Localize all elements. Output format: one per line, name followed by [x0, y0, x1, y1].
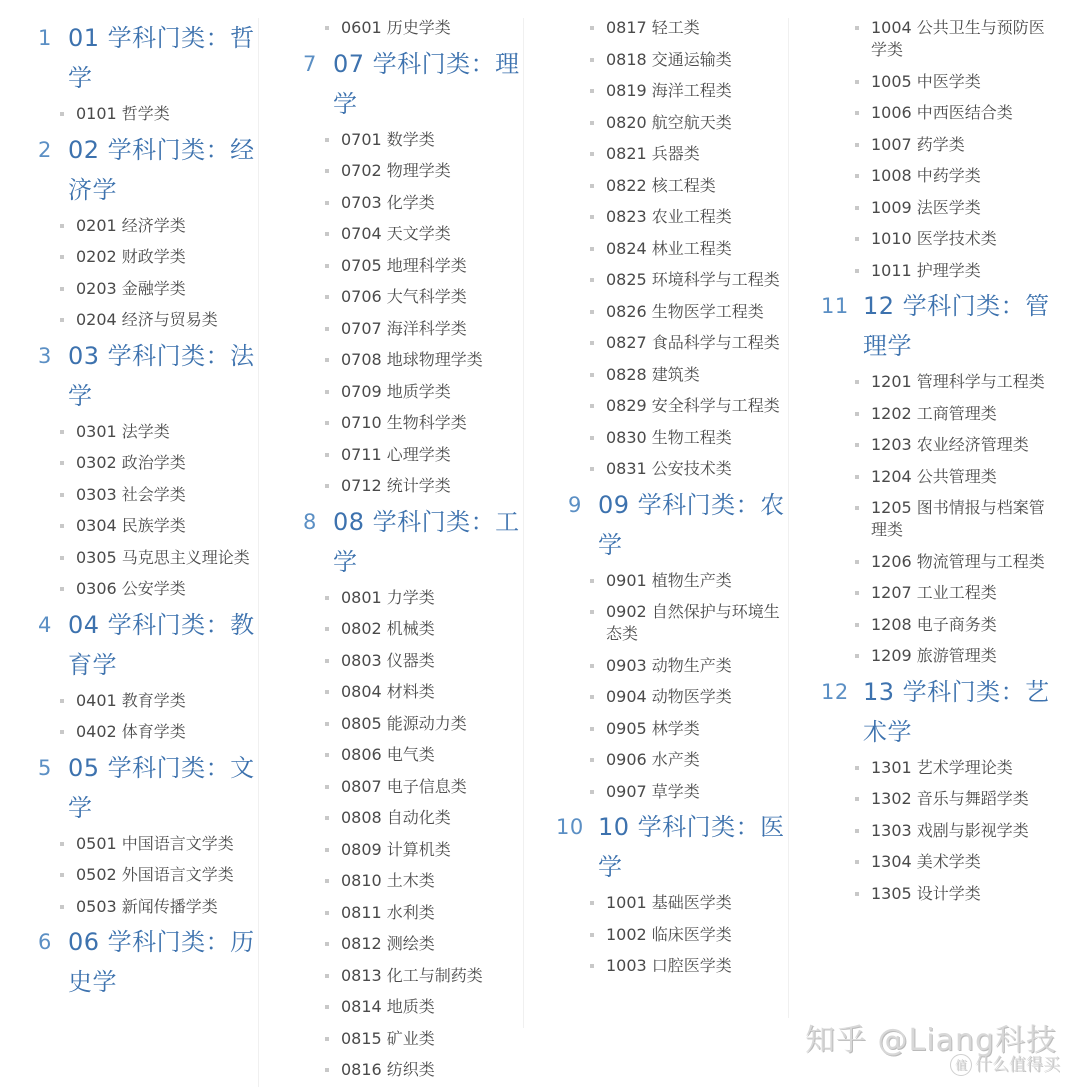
list-item[interactable]: 0812 测绘类: [265, 928, 519, 960]
list-item[interactable]: 0829 安全科学与工程类: [530, 390, 784, 422]
list-item-label: 0503 新闻传播学类: [76, 897, 218, 916]
bullet-icon: [855, 237, 859, 241]
list-item-label: 1202 工商管理类: [871, 404, 997, 423]
list-item[interactable]: 0819 海洋工程类: [530, 75, 784, 107]
list-item[interactable]: 0708 地球物理学类: [265, 344, 519, 376]
list-item[interactable]: 1202 工商管理类: [795, 398, 1049, 430]
bullet-icon: [325, 295, 329, 299]
bullet-icon: [325, 327, 329, 331]
list-item-label: 0706 大气科学类: [341, 287, 467, 306]
list-item-label: 0806 电气类: [341, 745, 435, 764]
list-item-label: 0301 法学类: [76, 422, 170, 441]
bullet-icon: [325, 596, 329, 600]
bullet-icon: [325, 753, 329, 757]
list-item-label: 0815 矿业类: [341, 1029, 435, 1048]
bullet-icon: [325, 232, 329, 236]
bullet-icon: [855, 443, 859, 447]
watermark-smzdm-text: 什么值得买: [975, 1055, 1060, 1075]
bullet-icon: [60, 287, 64, 291]
category-title-line2: 育学: [68, 645, 258, 685]
list-item[interactable]: 0824 林业工程类: [530, 233, 784, 265]
list-item[interactable]: 0401 教育学类: [0, 685, 254, 717]
list-item-label: 0101 哲学类: [76, 104, 170, 123]
column-divider: [523, 18, 524, 1028]
bullet-icon: [590, 933, 594, 937]
bullet-icon: [325, 1068, 329, 1072]
bullet-icon: [855, 206, 859, 210]
list-item-label: 0306 公安学类: [76, 579, 186, 598]
list-item-label: 1002 临床医学类: [606, 925, 732, 944]
category-title-line2: 济学: [68, 170, 258, 210]
list-item-label: 0827 食品科学与工程类: [606, 333, 780, 352]
list-item-label: 0829 安全科学与工程类: [606, 396, 780, 415]
list-item[interactable]: 0808 自动化类: [265, 802, 519, 834]
list-item[interactable]: 0304 民族学类: [0, 510, 254, 542]
category-index: 4: [38, 605, 52, 645]
list-item[interactable]: 0204 经济与贸易类: [0, 304, 254, 336]
list-item[interactable]: 0815 矿业类: [265, 1023, 519, 1055]
category-index: 12: [821, 672, 849, 712]
list-item[interactable]: 0306 公安学类: [0, 573, 254, 605]
list-item-label: 1008 中药学类: [871, 166, 981, 185]
list-item[interactable]: 0203 金融学类: [0, 273, 254, 305]
list-item-label: 0712 统计学类: [341, 476, 451, 495]
list-item-label: 0202 财政学类: [76, 247, 186, 266]
list-item[interactable]: 0301 法学类: [0, 416, 254, 448]
list-item-label: 0304 民族学类: [76, 516, 186, 535]
list-item[interactable]: 0707 海洋科学类: [265, 313, 519, 345]
list-item-label: 1005 中医学类: [871, 72, 981, 91]
bullet-icon: [60, 873, 64, 877]
category-title-line2: 学: [68, 58, 258, 98]
list-item[interactable]: 0710 生物科学类: [265, 407, 519, 439]
list-item[interactable]: 1208 电子商务类: [795, 609, 1049, 641]
category-title-line1: 12 学科门类：管: [863, 286, 1053, 326]
list-item-label: 0816 纺织类: [341, 1060, 435, 1079]
bullet-icon: [855, 269, 859, 273]
category-title-line2: 学: [68, 376, 258, 416]
list-item[interactable]: 0711 心理学类: [265, 439, 519, 471]
list-item-label: 0813 化工与制药类: [341, 966, 483, 985]
list-item-label: 0708 地球物理学类: [341, 350, 483, 369]
category-heading[interactable]: 808 学科门类：工学: [265, 502, 523, 582]
category-index: 2: [38, 130, 52, 170]
bullet-icon: [325, 848, 329, 852]
bullet-icon: [590, 695, 594, 699]
category-title-line2: 学: [333, 84, 523, 124]
list-item[interactable]: 0905 林学类: [530, 713, 784, 745]
list-item[interactable]: 1301 艺术学理论类: [795, 752, 1049, 784]
bullet-icon: [590, 373, 594, 377]
list-item[interactable]: 0826 生物医学工程类: [530, 296, 784, 328]
bullet-icon: [325, 722, 329, 726]
category-heading[interactable]: 202 学科门类：经济学: [0, 130, 258, 210]
bullet-icon: [60, 112, 64, 116]
list-item-label: 1007 药学类: [871, 135, 965, 154]
list-item-label: 0302 政治学类: [76, 453, 186, 472]
bullet-icon: [590, 89, 594, 93]
list-item[interactable]: 0503 新闻传播学类: [0, 891, 254, 923]
list-item[interactable]: 0305 马克思主义理论类: [0, 542, 254, 574]
list-item[interactable]: 0806 电气类: [265, 739, 519, 771]
list-item[interactable]: 0709 地质学类: [265, 376, 519, 408]
category-index: 5: [38, 748, 52, 788]
list-item[interactable]: 1204 公共管理类: [795, 461, 1049, 493]
list-item[interactable]: 0831 公安技术类: [530, 453, 784, 485]
bullet-icon: [590, 278, 594, 282]
bullet-icon: [60, 255, 64, 259]
list-item-label: 0828 建筑类: [606, 365, 700, 384]
bullet-icon: [855, 797, 859, 801]
category-heading[interactable]: 404 学科门类：教育学: [0, 605, 258, 685]
list-item-label: 0820 航空航天类: [606, 113, 732, 132]
list-item-label: 1301 艺术学理论类: [871, 758, 1013, 777]
list-item[interactable]: 1302 音乐与舞蹈学类: [795, 783, 1049, 815]
list-item-label: 0821 兵器类: [606, 144, 700, 163]
list-item-label: 1205 图书情报与档案管理类: [871, 498, 1045, 539]
list-item-label: 0203 金融学类: [76, 279, 186, 298]
list-item[interactable]: 0830 生物工程类: [530, 422, 784, 454]
bullet-icon: [855, 475, 859, 479]
list-item-label: 0705 地理科学类: [341, 256, 467, 275]
list-item[interactable]: 0903 动物生产类: [530, 650, 784, 682]
list-item-label: 1206 物流管理与工程类: [871, 552, 1045, 571]
bullet-icon: [855, 412, 859, 416]
list-item[interactable]: 0705 地理科学类: [265, 250, 519, 282]
list-item[interactable]: 0901 植物生产类: [530, 565, 784, 597]
category-title-line2: 学: [333, 542, 523, 582]
list-item-label: 1305 设计学类: [871, 884, 981, 903]
category-heading[interactable]: 606 学科门类：历史学: [0, 922, 258, 1002]
list-item-label: 1001 基础医学类: [606, 893, 732, 912]
list-item-label: 0801 力学类: [341, 588, 435, 607]
list-item-label: 1208 电子商务类: [871, 615, 997, 634]
bullet-icon: [60, 461, 64, 465]
zhi-badge-icon: 值: [950, 1054, 972, 1076]
category-heading[interactable]: 303 学科门类：法学: [0, 336, 258, 416]
bullet-icon: [855, 892, 859, 896]
category-heading[interactable]: 707 学科门类：理学: [265, 44, 523, 124]
bullet-icon: [325, 627, 329, 631]
list-item[interactable]: 0402 体育学类: [0, 716, 254, 748]
bullet-icon: [325, 26, 329, 30]
list-item[interactable]: 0712 统计学类: [265, 470, 519, 502]
category-title-line2: 学: [68, 788, 258, 828]
bullet-icon: [60, 493, 64, 497]
list-item[interactable]: 0303 社会学类: [0, 479, 254, 511]
list-item[interactable]: 1201 管理科学与工程类: [795, 366, 1049, 398]
column-4: 1004 公共卫生与预防医学类1005 中医学类1006 中西医结合类1007 …: [795, 0, 1060, 1087]
list-item-label: 1006 中西医结合类: [871, 103, 1013, 122]
bullet-icon: [60, 730, 64, 734]
list-item[interactable]: 0823 农业工程类: [530, 201, 784, 233]
category-index: 1: [38, 18, 52, 58]
list-item-label: 0701 数学类: [341, 130, 435, 149]
list-item[interactable]: 1207 工业工程类: [795, 577, 1049, 609]
list-item[interactable]: 1009 法医学类: [795, 192, 1049, 224]
list-item[interactable]: 1005 中医学类: [795, 66, 1049, 98]
category-title-line1: 06 学科门类：历: [68, 922, 258, 962]
list-item[interactable]: 1002 临床医学类: [530, 919, 784, 951]
category-index: 3: [38, 336, 52, 376]
list-item-label: 1004 公共卫生与预防医学类: [871, 18, 1045, 59]
list-item[interactable]: 0906 水产类: [530, 744, 784, 776]
list-item-label: 0805 能源动力类: [341, 714, 467, 733]
category-heading[interactable]: 909 学科门类：农学: [530, 485, 788, 565]
list-item[interactable]: 0701 数学类: [265, 124, 519, 156]
list-item[interactable]: 0704 天文学类: [265, 218, 519, 250]
category-heading[interactable]: 101 学科门类：哲学: [0, 18, 258, 98]
bullet-icon: [325, 974, 329, 978]
bullet-icon: [325, 1005, 329, 1009]
bullet-icon: [325, 785, 329, 789]
list-item[interactable]: 0302 政治学类: [0, 447, 254, 479]
category-title-line1: 07 学科门类：理: [333, 44, 523, 84]
bullet-icon: [590, 310, 594, 314]
list-item[interactable]: 1001 基础医学类: [530, 887, 784, 919]
list-item[interactable]: 0828 建筑类: [530, 359, 784, 391]
bullet-icon: [325, 942, 329, 946]
list-item-label: 1203 农业经济管理类: [871, 435, 1029, 454]
list-item-label: 0902 自然保护与环境生态类: [606, 602, 780, 643]
list-item[interactable]: 1003 口腔医学类: [530, 950, 784, 982]
column-2: 0601 历史学类707 学科门类：理学0701 数学类0702 物理学类070…: [265, 0, 530, 1087]
list-item[interactable]: 0802 机械类: [265, 613, 519, 645]
category-title-line1: 03 学科门类：法: [68, 336, 258, 376]
list-item[interactable]: 0822 核工程类: [530, 170, 784, 202]
bullet-icon: [590, 790, 594, 794]
list-item-label: 0804 材料类: [341, 682, 435, 701]
list-item[interactable]: 0601 历史学类: [265, 12, 519, 44]
list-item[interactable]: 1305 设计学类: [795, 878, 1049, 910]
bullet-icon: [325, 390, 329, 394]
column-divider: [788, 18, 789, 1018]
category-title-line1: 13 学科门类：艺: [863, 672, 1053, 712]
list-item-label: 0819 海洋工程类: [606, 81, 732, 100]
list-item[interactable]: 0201 经济学类: [0, 210, 254, 242]
list-item[interactable]: 1006 中西医结合类: [795, 97, 1049, 129]
bullet-icon: [590, 121, 594, 125]
list-item[interactable]: 0101 哲学类: [0, 98, 254, 130]
list-item-label: 1302 音乐与舞蹈学类: [871, 789, 1029, 808]
bullet-icon: [855, 860, 859, 864]
list-item[interactable]: 0706 大气科学类: [265, 281, 519, 313]
list-item-label: 0906 水产类: [606, 750, 700, 769]
list-item-label: 0809 计算机类: [341, 840, 451, 859]
bullet-icon: [325, 1037, 329, 1041]
category-index: 9: [568, 485, 582, 525]
list-item-label: 0707 海洋科学类: [341, 319, 467, 338]
list-item[interactable]: 1206 物流管理与工程类: [795, 546, 1049, 578]
bullet-icon: [325, 911, 329, 915]
list-item-label: 0814 地质类: [341, 997, 435, 1016]
category-title-line2: 理学: [863, 326, 1053, 366]
list-item-label: 0808 自动化类: [341, 808, 451, 827]
list-item-label: 1303 戏剧与影视学类: [871, 821, 1029, 840]
bullet-icon: [60, 905, 64, 909]
list-item[interactable]: 1203 农业经济管理类: [795, 429, 1049, 461]
list-item[interactable]: 0814 地质类: [265, 991, 519, 1023]
list-item[interactable]: 0702 物理学类: [265, 155, 519, 187]
list-item[interactable]: 0902 自然保护与环境生态类: [530, 596, 784, 650]
bullet-icon: [590, 467, 594, 471]
list-item[interactable]: 0703 化学类: [265, 187, 519, 219]
category-index: 10: [556, 807, 584, 847]
list-item-label: 0710 生物科学类: [341, 413, 467, 432]
list-item-label: 0824 林业工程类: [606, 239, 732, 258]
list-item-label: 0811 水利类: [341, 903, 435, 922]
list-item[interactable]: 0805 能源动力类: [265, 708, 519, 740]
category-heading[interactable]: 505 学科门类：文学: [0, 748, 258, 828]
list-item[interactable]: 0821 兵器类: [530, 138, 784, 170]
list-item-label: 1209 旅游管理类: [871, 646, 997, 665]
category-title-line2: 学: [598, 847, 788, 887]
list-item-label: 0501 中国语言文学类: [76, 834, 234, 853]
bullet-icon: [590, 901, 594, 905]
category-heading[interactable]: 1112 学科门类：管理学: [795, 286, 1053, 366]
bullet-icon: [855, 80, 859, 84]
list-item-label: 0201 经济学类: [76, 216, 186, 235]
list-item-label: 0904 动物医学类: [606, 687, 732, 706]
list-item-label: 0907 草学类: [606, 782, 700, 801]
list-item-label: 0812 测绘类: [341, 934, 435, 953]
list-item[interactable]: 0501 中国语言文学类: [0, 828, 254, 860]
list-item-label: 0817 轻工类: [606, 18, 700, 37]
category-title-line1: 05 学科门类：文: [68, 748, 258, 788]
bullet-icon: [60, 842, 64, 846]
bullet-icon: [590, 579, 594, 583]
watermark-smzdm: 值什么值得买: [950, 1050, 1060, 1076]
list-item[interactable]: 0807 电子信息类: [265, 771, 519, 803]
list-item-label: 0204 经济与贸易类: [76, 310, 218, 329]
category-heading[interactable]: 1010 学科门类：医学: [530, 807, 788, 887]
list-item[interactable]: 0502 外国语言文学类: [0, 859, 254, 891]
list-item-label: 0831 公安技术类: [606, 459, 732, 478]
bullet-icon: [855, 174, 859, 178]
category-title-line2: 史学: [68, 962, 258, 1002]
bullet-icon: [590, 404, 594, 408]
bullet-icon: [590, 727, 594, 731]
bullet-icon: [855, 143, 859, 147]
list-item-label: 0402 体育学类: [76, 722, 186, 741]
category-title-line2: 学: [598, 525, 788, 565]
bullet-icon: [590, 664, 594, 668]
list-item[interactable]: 1209 旅游管理类: [795, 640, 1049, 672]
bullet-icon: [590, 184, 594, 188]
list-item[interactable]: 0825 环境科学与工程类: [530, 264, 784, 296]
bullet-icon: [60, 224, 64, 228]
bullet-icon: [325, 169, 329, 173]
category-index: 8: [303, 502, 317, 542]
list-item-label: 0702 物理学类: [341, 161, 451, 180]
list-item-label: 0703 化学类: [341, 193, 435, 212]
list-item-label: 0303 社会学类: [76, 485, 186, 504]
list-item[interactable]: 0816 纺织类: [265, 1054, 519, 1086]
list-item[interactable]: 0827 食品科学与工程类: [530, 327, 784, 359]
bullet-icon: [590, 964, 594, 968]
list-item[interactable]: 0811 水利类: [265, 897, 519, 929]
list-item[interactable]: 1007 药学类: [795, 129, 1049, 161]
bullet-icon: [590, 758, 594, 762]
list-item-label: 0807 电子信息类: [341, 777, 467, 796]
list-item-label: 1201 管理科学与工程类: [871, 372, 1045, 391]
category-title-line1: 04 学科门类：教: [68, 605, 258, 645]
column-3: 0817 轻工类0818 交通运输类0819 海洋工程类0820 航空航天类08…: [530, 0, 795, 1087]
list-item-label: 0818 交通运输类: [606, 50, 732, 69]
bullet-icon: [590, 152, 594, 156]
column-flow: 0817 轻工类0818 交通运输类0819 海洋工程类0820 航空航天类08…: [530, 12, 788, 982]
list-item[interactable]: 0809 计算机类: [265, 834, 519, 866]
list-item-label: 0823 农业工程类: [606, 207, 732, 226]
list-item[interactable]: 1205 图书情报与档案管理类: [795, 492, 1049, 546]
category-heading[interactable]: 1213 学科门类：艺术学: [795, 672, 1053, 752]
list-item[interactable]: 0813 化工与制药类: [265, 960, 519, 992]
list-item-label: 0502 外国语言文学类: [76, 865, 234, 884]
list-item-label: 0826 生物医学工程类: [606, 302, 764, 321]
list-item[interactable]: 0904 动物医学类: [530, 681, 784, 713]
list-item-label: 1304 美术学类: [871, 852, 981, 871]
list-item[interactable]: 1303 戏剧与影视学类: [795, 815, 1049, 847]
category-title-line1: 02 学科门类：经: [68, 130, 258, 170]
list-item-label: 0709 地质学类: [341, 382, 451, 401]
list-item[interactable]: 1008 中药学类: [795, 160, 1049, 192]
list-item[interactable]: 0907 草学类: [530, 776, 784, 808]
bullet-icon: [855, 829, 859, 833]
bullet-icon: [855, 506, 859, 510]
bullet-icon: [60, 699, 64, 703]
list-item-label: 1009 法医学类: [871, 198, 981, 217]
bullet-icon: [325, 453, 329, 457]
list-item[interactable]: 1004 公共卫生与预防医学类: [795, 12, 1049, 66]
list-item[interactable]: 0810 土木类: [265, 865, 519, 897]
bullet-icon: [590, 58, 594, 62]
bullet-icon: [60, 587, 64, 591]
category-title-line1: 09 学科门类：农: [598, 485, 788, 525]
list-item-label: 1011 护理学类: [871, 261, 981, 280]
bullet-icon: [60, 318, 64, 322]
category-title-line2: 术学: [863, 712, 1053, 752]
list-item-label: 0704 天文学类: [341, 224, 451, 243]
bullet-icon: [60, 430, 64, 434]
column-divider: [258, 18, 259, 1087]
list-item[interactable]: 0202 财政学类: [0, 241, 254, 273]
bullet-icon: [325, 659, 329, 663]
list-item[interactable]: 0817 轻工类: [530, 12, 784, 44]
bullet-icon: [60, 524, 64, 528]
bullet-icon: [855, 623, 859, 627]
list-item-label: 0803 仪器类: [341, 651, 435, 670]
list-item[interactable]: 0820 航空航天类: [530, 107, 784, 139]
list-item-label: 0825 环境科学与工程类: [606, 270, 780, 289]
list-item[interactable]: 0801 力学类: [265, 582, 519, 614]
list-item[interactable]: 0804 材料类: [265, 676, 519, 708]
bullet-icon: [855, 26, 859, 30]
list-item[interactable]: 1304 美术学类: [795, 846, 1049, 878]
list-item[interactable]: 0803 仪器类: [265, 645, 519, 677]
list-item-label: 0305 马克思主义理论类: [76, 548, 250, 567]
bullet-icon: [590, 610, 594, 614]
bullet-icon: [590, 341, 594, 345]
category-index: 11: [821, 286, 849, 326]
bullet-icon: [325, 879, 329, 883]
bullet-icon: [325, 690, 329, 694]
bullet-icon: [590, 436, 594, 440]
list-item[interactable]: 1011 护理学类: [795, 255, 1049, 287]
list-item[interactable]: 1010 医学技术类: [795, 223, 1049, 255]
list-item[interactable]: 0818 交通运输类: [530, 44, 784, 76]
bullet-icon: [590, 247, 594, 251]
category-title-line1: 10 学科门类：医: [598, 807, 788, 847]
